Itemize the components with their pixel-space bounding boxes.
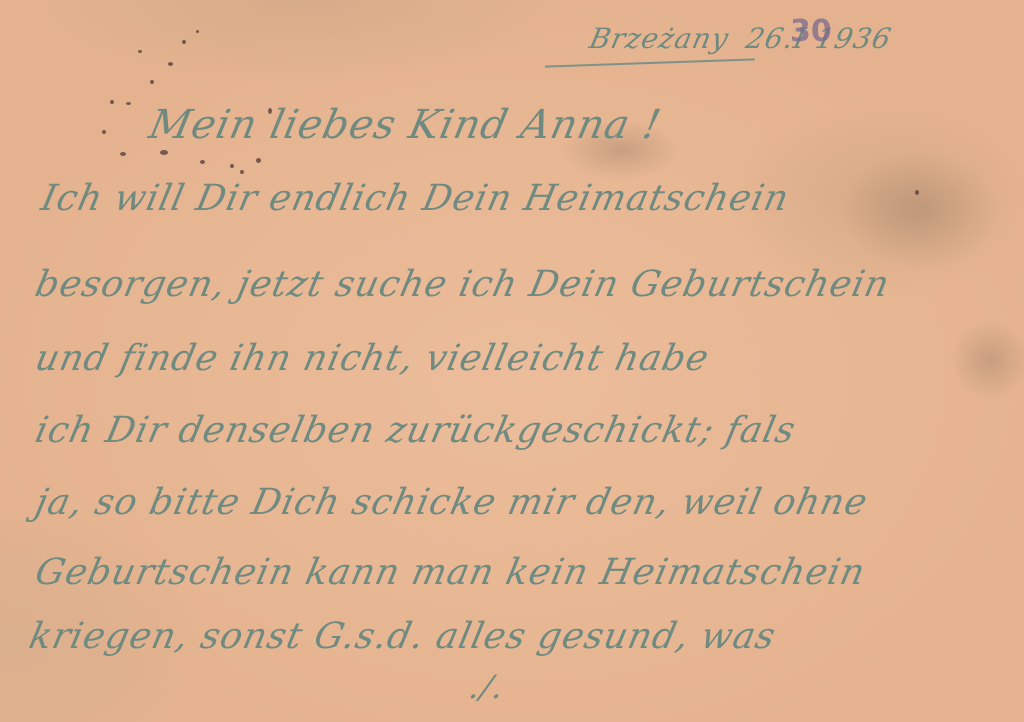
ink-speck	[110, 100, 114, 104]
letter-line-2: besorgen, jetzt suche ich Dein Geburtsch…	[32, 264, 894, 305]
greeting: Mein liebes Kind Anna !	[145, 102, 665, 148]
ink-speck	[915, 190, 919, 195]
ink-speck	[160, 150, 168, 155]
ink-speck	[200, 160, 205, 164]
stain	[840, 150, 1000, 270]
ink-speck	[182, 40, 186, 44]
letter-line-6: Geburtschein kann man kein Heimatschein	[32, 552, 870, 593]
signature-flourish	[545, 58, 755, 67]
ink-speck	[138, 50, 142, 53]
stain	[950, 320, 1024, 400]
letter-line-3: und finde ihn nicht, vielleicht habe	[32, 338, 713, 379]
ink-speck	[240, 170, 244, 174]
ink-speck	[150, 80, 154, 84]
letter-line-1: Ich will Dir endlich Dein Heimatschein	[38, 178, 793, 219]
ink-speck	[230, 164, 234, 168]
letter-line-7: kriegen, sonst G.s.d. alles gesund, was	[26, 616, 780, 657]
ink-speck	[256, 158, 261, 163]
ink-speck	[168, 62, 173, 66]
place-and-date: Brzeżany 26.I 1936	[586, 22, 894, 55]
stamp-overprint: 30	[790, 14, 832, 49]
letter-line-4: ich Dir denselben zurückgeschickt; fals	[32, 410, 800, 451]
ink-speck	[102, 130, 106, 134]
place-name: Brzeżany	[586, 22, 732, 55]
letter-line-5: ja, so bitte Dich schicke mir den, weil …	[32, 482, 872, 523]
ink-speck	[196, 30, 199, 33]
postcard-paper: Brzeżany 26.I 1936 30 Mein liebes Kind A…	[0, 0, 1024, 722]
continuation-mark: ./.	[466, 668, 508, 706]
ink-speck	[120, 152, 126, 156]
ink-speck	[126, 102, 131, 105]
